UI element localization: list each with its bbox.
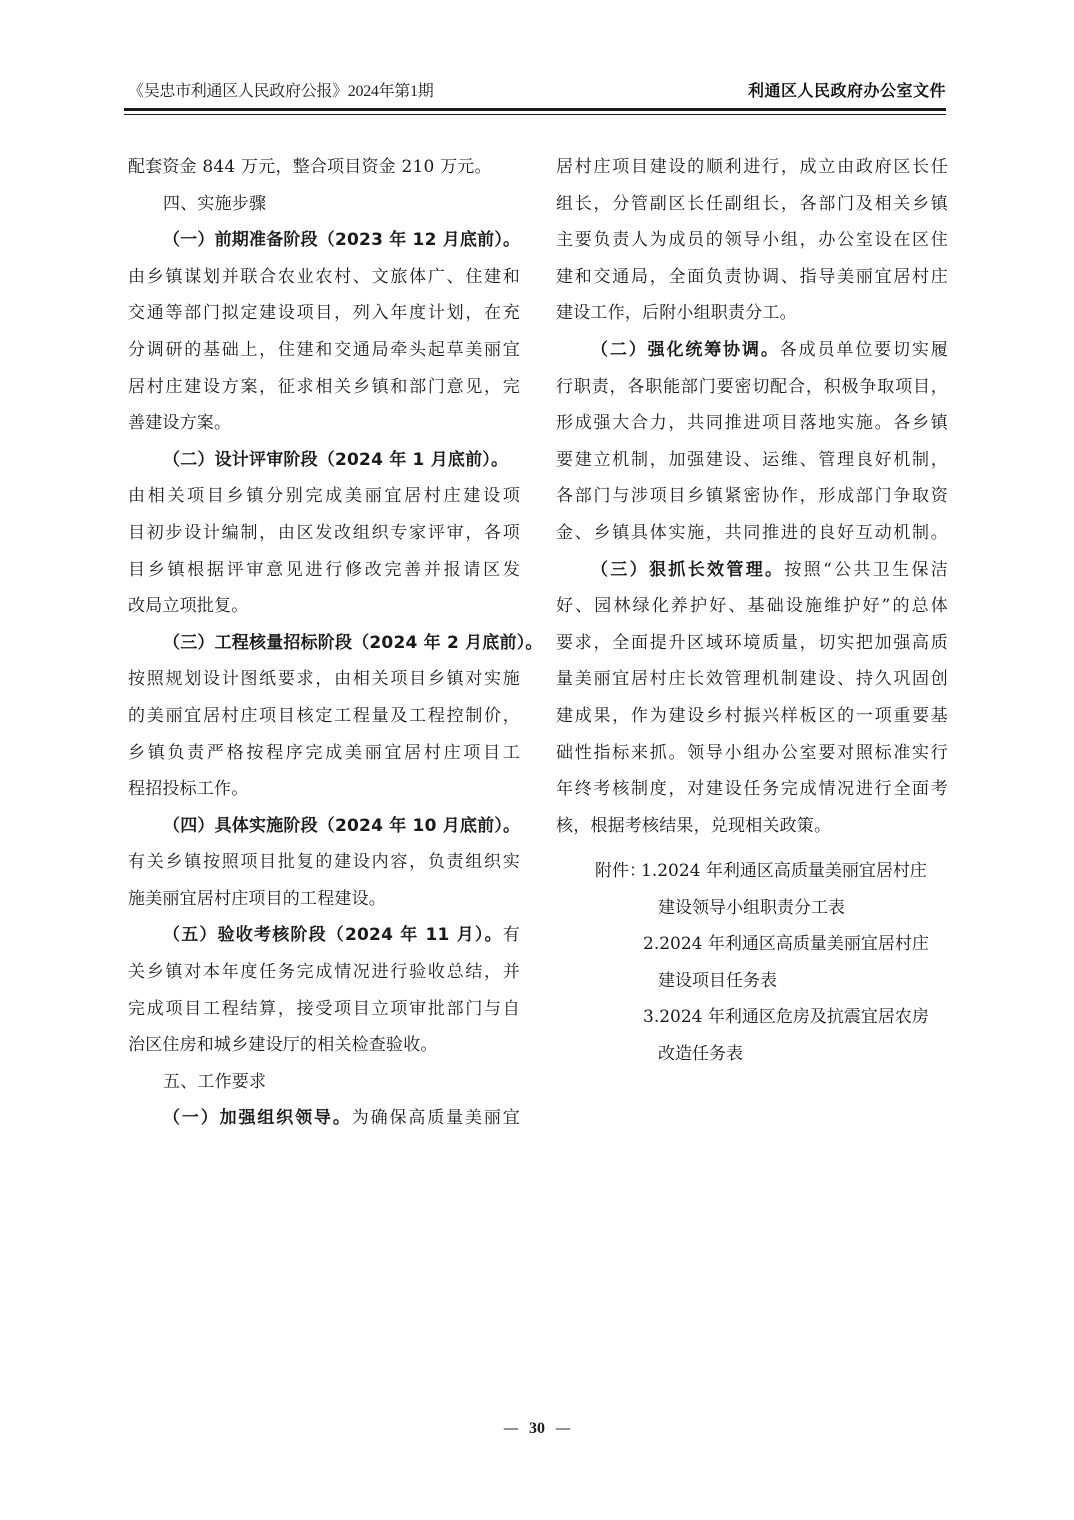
text-line: 由相关项目乡镇分别完成美丽宜居村庄建设项 [128,478,520,515]
body-text: 由相关项目乡镇分别完成美丽宜居村庄建设项 [128,486,520,506]
text-line: 改局立项批复。 [128,588,520,625]
publication-title: 《吴忠市利通区人民政府公报》2024年第1期 [128,78,433,101]
attachment-title: 1.2024 年利通区高质量美丽宜居村庄 [641,861,927,881]
text-line: 础性指标来抓。领导小组办公室要对照标准实行 [556,735,948,772]
text-line: （一）前期准备阶段（2023 年 12 月底前）。 [128,222,520,259]
text-line: 建设工作，后附小组职责分工。 [556,295,948,332]
body-text: 由乡镇谋划并联合农业农村、文旅体广、住建和 [128,267,520,287]
body-text: 配套资金 844 万元，整合项目资金 210 万元。 [128,157,492,177]
body-text: 改局立项批复。 [128,596,248,616]
attachment-item-1-cont: 建设领导小组职责分工表 [595,890,955,927]
body-text: 程招投标工作。 [128,779,248,799]
text-line: 按照规划设计图纸要求，由相关项目乡镇对实施 [128,661,520,698]
attachment-item-2-cont: 建设项目任务表 [595,963,955,1000]
text-line: 乡镇负责严格按程序完成美丽宜居村庄项目工 [128,735,520,772]
left-column: 配套资金 844 万元，整合项目资金 210 万元。四、实施步骤（一）前期准备阶… [128,149,520,1137]
body-text: 乡镇负责严格按程序完成美丽宜居村庄项目工 [128,743,520,763]
text-line: 各部门与涉项目乡镇紧密协作，形成部门争取资 [556,478,948,515]
text-line: 交通等部门拟定建设项目，列入年度计划，在充 [128,295,520,332]
body-text: 居村庄项目建设的顺利进行，成立由政府区长任 [556,157,948,177]
body-text: 建成果，作为建设乡村振兴样板区的一项重要基 [556,706,948,726]
body-text: 量美丽宜居村庄长效管理机制建设、持久巩固创 [556,669,948,689]
text-line: 分调研的基础上，住建和交通局牵头起草美丽宜 [128,332,520,369]
text-line: 建成果，作为建设乡村振兴样板区的一项重要基 [556,698,948,735]
page-number: 30 [519,1420,555,1437]
text-line: 组长，分管副区长任副组长，各部门及相关乡镇 [556,186,948,223]
body-text: 善建设方案。 [128,413,231,433]
footer-dash-right: — [555,1418,571,1437]
body-text: 居村庄建设方案，征求相关乡镇和部门意见，完 [128,377,520,397]
text-line: 由乡镇谋划并联合农业农村、文旅体广、住建和 [128,259,520,296]
section-heading: （二）设计评审阶段（2024 年 1 月底前）。 [163,450,508,470]
body-text: 年终考核制度，对建设任务完成情况进行全面考 [556,779,948,799]
body-text: 核，根据考核结果，兑现相关政策。 [556,816,831,836]
body-text: 四、实施步骤 [163,194,266,214]
body-text: 完成项目工程结算，接受项目立项审批部门与自 [128,999,520,1019]
body-text: 主要负责人为成员的领导小组，办公室设在区住 [556,230,948,250]
body-text: 目初步设计编制，由区发改组织专家评审，各项 [128,523,520,543]
footer-dash-left: — [503,1418,519,1437]
body-text: 形成强大合力，共同推进项目落地实施。各乡镇 [556,413,948,433]
body-text: 的美丽宜居村庄项目核定工程量及工程控制价， [128,706,520,726]
body-text: 础性指标来抓。领导小组办公室要对照标准实行 [556,743,948,763]
body-text: 按照“公共卫生保洁 [784,560,948,580]
body-text: 建和交通局，全面负责协调、指导美丽宜居村庄 [556,267,948,287]
attachment-item-3-cont: 改造任务表 [595,1036,955,1073]
text-line: 量美丽宜居村庄长效管理机制建设、持久巩固创 [556,661,948,698]
section-heading: （一）加强组织领导。 [163,1108,352,1128]
body-text: 目乡镇根据评审意见进行修改完善并报请区发 [128,560,520,580]
text-line: 完成项目工程结算，接受项目立项审批部门与自 [128,991,520,1028]
text-line: 的美丽宜居村庄项目核定工程量及工程控制价， [128,698,520,735]
body-text: 各部门与涉项目乡镇紧密协作，形成部门争取资 [556,486,948,506]
text-line: （四）具体实施阶段（2024 年 10 月底前）。 [128,808,520,845]
text-line: 要求，全面提升区域环境质量，切实把加强高质 [556,625,948,662]
text-line: 建和交通局，全面负责协调、指导美丽宜居村庄 [556,259,948,296]
body-text: 好、园林绿化养护好、基础设施维护好”的总体 [556,596,948,616]
attachment-item-2: 2.2024 年利通区高质量美丽宜居村庄 [595,926,955,963]
body-text: 建设工作，后附小组职责分工。 [556,303,797,323]
text-line: （一）加强组织领导。为确保高质量美丽宜 [128,1100,520,1137]
text-line: 居村庄建设方案，征求相关乡镇和部门意见，完 [128,369,520,406]
attachment-item-1: 附件：1.2024 年利通区高质量美丽宜居村庄 [595,853,955,890]
text-line: 五、工作要求 [128,1064,520,1101]
text-line: 形成强大合力，共同推进项目落地实施。各乡镇 [556,405,948,442]
body-text: 有 [503,925,520,945]
attachments-label: 附件： [595,853,641,890]
text-line: 核，根据考核结果，兑现相关政策。 [556,808,948,845]
section-title: 利通区人民政府办公室文件 [748,78,946,101]
section-heading: （三）工程核量招标阶段（2024 年 2 月底前）。 [163,633,543,653]
text-line: 年终考核制度，对建设任务完成情况进行全面考 [556,771,948,808]
section-heading: （五）验收考核阶段（2024 年 11 月）。 [163,925,503,945]
body-text: 分调研的基础上，住建和交通局牵头起草美丽宜 [128,340,520,360]
body-text: 要求，全面提升区域环境质量，切实把加强高质 [556,633,948,653]
text-line: 主要负责人为成员的领导小组，办公室设在区住 [556,222,948,259]
text-line: （五）验收考核阶段（2024 年 11 月）。有 [128,917,520,954]
text-line: 关乡镇对本年度任务完成情况进行验收总结，并 [128,954,520,991]
attachments-list: 附件：1.2024 年利通区高质量美丽宜居村庄 建设领导小组职责分工表 2.20… [595,853,955,1073]
text-line: 目乡镇根据评审意见进行修改完善并报请区发 [128,552,520,589]
attachment-item-3: 3.2024 年利通区危房及抗震宜居农房 [595,999,955,1036]
running-header: 《吴忠市利通区人民政府公报》2024年第1期 利通区人民政府办公室文件 [128,78,946,102]
section-heading: （四）具体实施阶段（2024 年 10 月底前）。 [163,816,520,836]
body-text: 组长，分管副区长任副组长，各部门及相关乡镇 [556,194,948,214]
text-line: 要建立机制，加强建设、运维、管理良好机制， [556,442,948,479]
text-line: 四、实施步骤 [128,186,520,223]
text-line: （二）强化统筹协调。各成员单位要切实履 [556,332,948,369]
text-line: 善建设方案。 [128,405,520,442]
text-line: （三）狠抓长效管理。按照“公共卫生保洁 [556,552,948,589]
text-line: 金、乡镇具体实施，共同推进的良好互动机制。 [556,515,948,552]
text-line: （二）设计评审阶段（2024 年 1 月底前）。 [128,442,520,479]
header-rule-thin [124,114,946,115]
text-line: 治区住房和城乡建设厅的相关检查验收。 [128,1027,520,1064]
body-text: 为确保高质量美丽宜 [352,1108,520,1128]
text-line: （三）工程核量招标阶段（2024 年 2 月底前）。 [128,625,520,662]
body-text: 各成员单位要切实履 [780,340,948,360]
section-heading: （一）前期准备阶段（2023 年 12 月底前）。 [163,230,520,250]
body-text: 按照规划设计图纸要求，由相关项目乡镇对实施 [128,669,520,689]
body-text: 要建立机制，加强建设、运维、管理良好机制， [556,450,948,470]
text-line: 好、园林绿化养护好、基础设施维护好”的总体 [556,588,948,625]
body-text: 五、工作要求 [163,1072,266,1092]
header-rule-thick [124,108,946,111]
body-text: 交通等部门拟定建设项目，列入年度计划，在充 [128,303,520,323]
body-text: 关乡镇对本年度任务完成情况进行验收总结，并 [128,962,520,982]
right-column: 居村庄项目建设的顺利进行，成立由政府区长任组长，分管副区长任副组长，各部门及相关… [556,149,948,844]
section-heading: （三）狠抓长效管理。 [591,560,784,580]
text-line: 有关乡镇按照项目批复的建设内容，负责组织实 [128,844,520,881]
body-text: 金、乡镇具体实施，共同推进的良好互动机制。 [556,523,948,543]
section-heading: （二）强化统筹协调。 [591,340,780,360]
body-text: 有关乡镇按照项目批复的建设内容，负责组织实 [128,852,520,872]
body-text: 施美丽宜居村庄项目的工程建设。 [128,889,386,909]
text-line: 施美丽宜居村庄项目的工程建设。 [128,881,520,918]
text-line: 居村庄项目建设的顺利进行，成立由政府区长任 [556,149,948,186]
text-line: 目初步设计编制，由区发改组织专家评审，各项 [128,515,520,552]
page-footer: —30— [0,1418,1074,1438]
text-line: 行职责，各职能部门要密切配合，积极争取项目， [556,369,948,406]
body-text: 行职责，各职能部门要密切配合，积极争取项目， [556,377,948,397]
text-line: 配套资金 844 万元，整合项目资金 210 万元。 [128,149,520,186]
body-text: 治区住房和城乡建设厅的相关检查验收。 [128,1035,438,1055]
text-line: 程招投标工作。 [128,771,520,808]
